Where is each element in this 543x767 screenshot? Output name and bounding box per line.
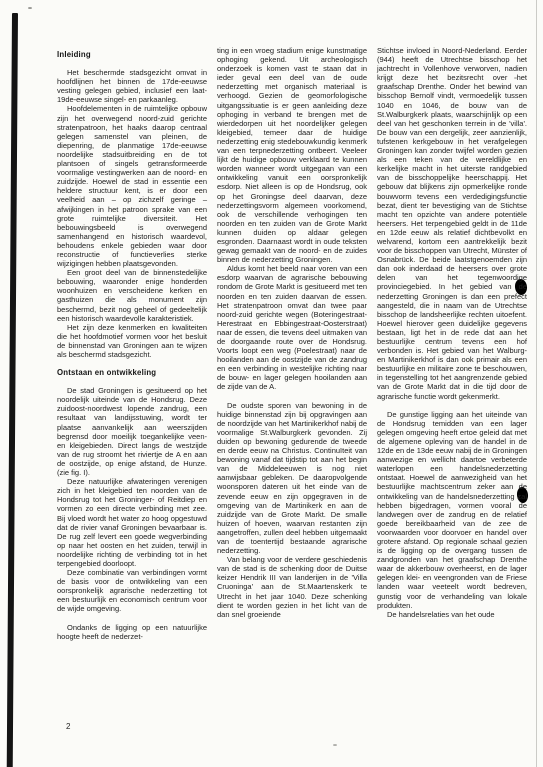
- paragraph: Het beschermde stadsgezicht omvat in hoo…: [57, 68, 207, 104]
- paragraph: Stichtse invloed in Noord-Nederland. Eer…: [377, 46, 527, 401]
- column-3: Stichtse invloed in Noord-Nederland. Eer…: [377, 46, 527, 641]
- paragraph: De handelsrelaties van het oude: [377, 610, 527, 619]
- column-2: ting in een vroeg stadium enige kunstmat…: [217, 46, 367, 641]
- paragraph: Hoofdelementen in de ruimtelijke opbouw …: [57, 104, 207, 268]
- scan-speck: [333, 744, 337, 746]
- paragraph: De gunstige ligging aan het uiteinde van…: [377, 410, 527, 610]
- text-content: Inleiding Het beschermde stadsgezicht om…: [57, 46, 527, 641]
- paragraph: Van belang voor de verdere geschiedenis …: [217, 555, 367, 619]
- paragraph: Deze natuurlijke afwateringen verenigen …: [57, 477, 207, 568]
- scan-speck: [28, 7, 32, 9]
- paragraph: Ondanks de ligging op een natuurlijke ho…: [57, 623, 207, 641]
- paragraph: De oudste sporen van bewoning in de huid…: [217, 401, 367, 556]
- column-1: Inleiding Het beschermde stadsgezicht om…: [57, 46, 207, 641]
- paragraph: Het zijn deze kenmerken en kwaliteiten d…: [57, 323, 207, 359]
- paragraph: De stad Groningen is gesitueerd op het n…: [57, 386, 207, 477]
- heading-ontstaan-en-ontwikkeling: Ontstaan en ontwikkeling: [57, 368, 207, 377]
- paragraph: Een groot deel van de binnenstedelijke b…: [57, 268, 207, 323]
- paragraph: Aldus komt het beeld naar voren van een …: [217, 264, 367, 391]
- heading-inleiding: Inleiding: [57, 50, 207, 59]
- paragraph: Deze combinatie van verbindingen vormt d…: [57, 568, 207, 613]
- document-page: Inleiding Het beschermde stadsgezicht om…: [0, 0, 543, 767]
- paragraph: ting in een vroeg stadium enige kunstmat…: [217, 46, 367, 264]
- page-edge-line: [536, 0, 537, 767]
- page-number: 2: [66, 722, 70, 731]
- binding-edge-bar: [7, 13, 18, 767]
